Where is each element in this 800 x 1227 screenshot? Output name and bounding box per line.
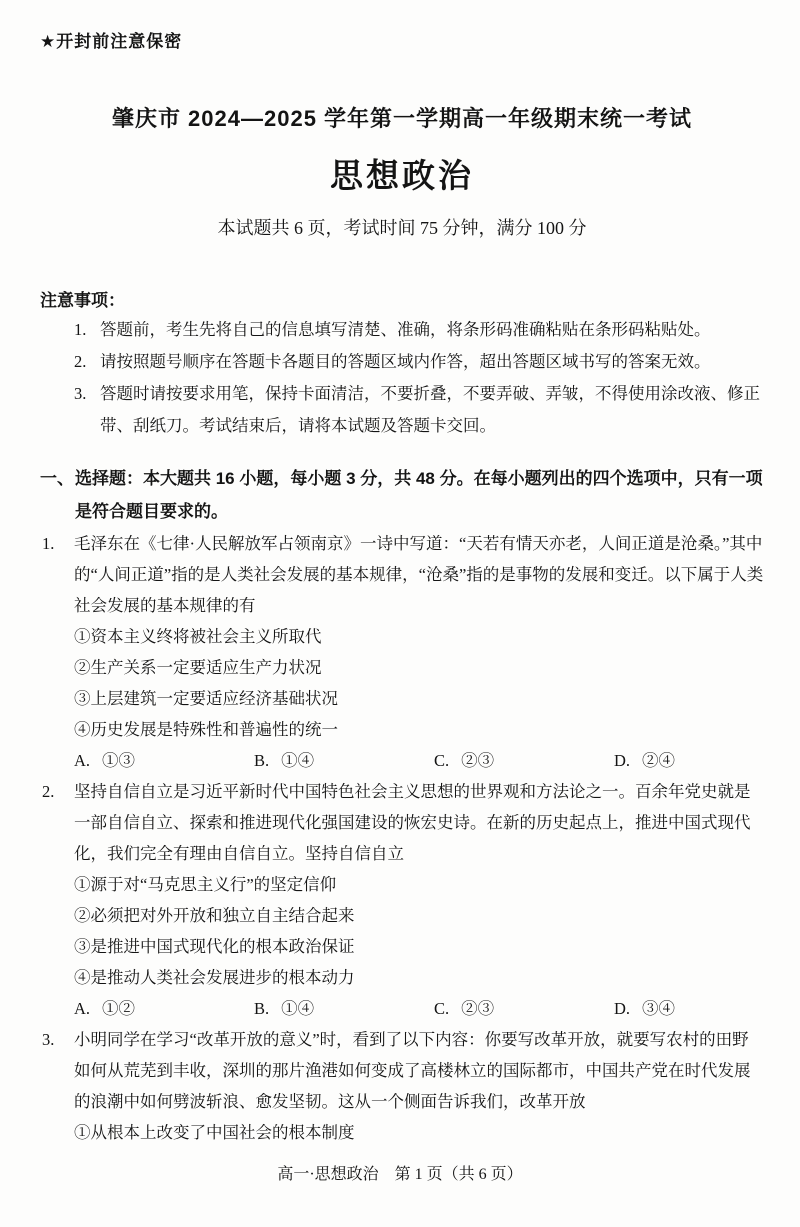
- question-number: 1.: [40, 528, 74, 559]
- option-a: A.①②: [74, 993, 254, 1024]
- option-text: ①④: [281, 993, 314, 1024]
- notice-heading: 注意事项：: [40, 288, 764, 314]
- option-label: A.: [74, 993, 90, 1024]
- exam-paper-page: ★开封前注意保密 肇庆市 2024—2025 学年第一学期高一年级期末统一考试 …: [0, 0, 800, 1227]
- paper-header: 肇庆市 2024—2025 学年第一学期高一年级期末统一考试 思想政治 本试题共…: [40, 104, 764, 242]
- option-c: C.②③: [434, 745, 614, 776]
- option-label: D.: [614, 745, 630, 776]
- option-label: D.: [614, 993, 630, 1024]
- option-d: D.③④: [614, 993, 764, 1024]
- option-text: ②③: [461, 993, 494, 1024]
- option-label: C.: [434, 993, 449, 1024]
- question-item: ②必须把对外开放和独立自主结合起来: [74, 900, 764, 931]
- option-b: B.①④: [254, 993, 434, 1024]
- section-instructions: 选择题：本大题共 16 小题，每小题 3 分，共 48 分。在每小题列出的四个选…: [75, 462, 764, 528]
- exam-title: 肇庆市 2024—2025 学年第一学期高一年级期末统一考试: [40, 104, 764, 134]
- question-2: 2. 坚持自信自立是习近平新时代中国特色社会主义思想的世界观和方法论之一。百余年…: [40, 776, 764, 1024]
- section-number: 一、: [40, 462, 75, 495]
- question-item: ①源于对“马克思主义行”的坚定信仰: [74, 869, 764, 900]
- question-item: ③是推进中国式现代化的根本政治保证: [74, 931, 764, 962]
- security-notice: ★开封前注意保密: [40, 30, 764, 54]
- question-1: 1. 毛泽东在《七律·人民解放军占领南京》一诗中写道：“天若有情天亦老，人间正道…: [40, 528, 764, 776]
- notice-item-text: 答题时请按要求用笔，保持卡面清洁，不要折叠，不要弄破、弄皱，不得使用涂改液、修正…: [100, 378, 764, 442]
- option-text: ③④: [642, 993, 675, 1024]
- question-item: ①资本主义终将被社会主义所取代: [74, 621, 764, 652]
- option-label: C.: [434, 745, 449, 776]
- notice-item-number: 1.: [74, 314, 100, 346]
- exam-info: 本试题共 6 页，考试时间 75 分钟，满分 100 分: [40, 214, 764, 242]
- subject-title: 思想政治: [40, 154, 764, 198]
- question-body: 坚持自信自立是习近平新时代中国特色社会主义思想的世界观和方法论之一。百余年党史就…: [74, 776, 764, 1024]
- question-options: A.①③ B.①④ C.②③ D.②④: [74, 745, 764, 776]
- option-label: B.: [254, 745, 269, 776]
- page-footer: 高一·思想政治 第 1 页（共 6 页）: [0, 1163, 800, 1187]
- section-one-heading: 一、 选择题：本大题共 16 小题，每小题 3 分，共 48 分。在每小题列出的…: [40, 462, 764, 528]
- option-a: A.①③: [74, 745, 254, 776]
- question-item: ①从根本上改变了中国社会的根本制度: [74, 1117, 764, 1148]
- option-text: ①②: [102, 993, 135, 1024]
- notice-item-number: 3.: [74, 378, 100, 410]
- question-body: 毛泽东在《七律·人民解放军占领南京》一诗中写道：“天若有情天亦老，人间正道是沧桑…: [74, 528, 764, 776]
- question-number: 2.: [40, 776, 74, 807]
- option-b: B.①④: [254, 745, 434, 776]
- option-text: ②③: [461, 745, 494, 776]
- option-text: ②④: [642, 745, 675, 776]
- notice-item-number: 2.: [74, 346, 100, 378]
- question-number: 3.: [40, 1024, 74, 1055]
- notice-item: 2. 请按照题号顺序在答题卡各题目的答题区域内作答，超出答题区域书写的答案无效。: [74, 346, 764, 378]
- notice-item-text: 答题前，考生先将自己的信息填写清楚、准确，将条形码准确粘贴在条形码粘贴处。: [100, 314, 764, 346]
- question-item: ④历史发展是特殊性和普遍性的统一: [74, 714, 764, 745]
- question-item: ④是推动人类社会发展进步的根本动力: [74, 962, 764, 993]
- question-stem: 坚持自信自立是习近平新时代中国特色社会主义思想的世界观和方法论之一。百余年党史就…: [74, 776, 764, 869]
- question-options: A.①② B.①④ C.②③ D.③④: [74, 993, 764, 1024]
- question-stem: 毛泽东在《七律·人民解放军占领南京》一诗中写道：“天若有情天亦老，人间正道是沧桑…: [74, 528, 764, 621]
- notice-item: 3. 答题时请按要求用笔，保持卡面清洁，不要折叠，不要弄破、弄皱，不得使用涂改液…: [74, 378, 764, 442]
- notice-item-text: 请按照题号顺序在答题卡各题目的答题区域内作答，超出答题区域书写的答案无效。: [100, 346, 764, 378]
- question-3: 3. 小明同学在学习“改革开放的意义”时，看到了以下内容：你要写改革开放，就要写…: [40, 1024, 764, 1148]
- notice-section: 注意事项： 1. 答题前，考生先将自己的信息填写清楚、准确，将条形码准确粘贴在条…: [40, 288, 764, 442]
- option-text: ①④: [281, 745, 314, 776]
- notice-item: 1. 答题前，考生先将自己的信息填写清楚、准确，将条形码准确粘贴在条形码粘贴处。: [74, 314, 764, 346]
- option-label: B.: [254, 993, 269, 1024]
- option-d: D.②④: [614, 745, 764, 776]
- question-stem: 小明同学在学习“改革开放的意义”时，看到了以下内容：你要写改革开放，就要写农村的…: [74, 1024, 764, 1117]
- question-item: ③上层建筑一定要适应经济基础状况: [74, 683, 764, 714]
- option-text: ①③: [102, 745, 135, 776]
- question-item: ②生产关系一定要适应生产力状况: [74, 652, 764, 683]
- question-body: 小明同学在学习“改革开放的意义”时，看到了以下内容：你要写改革开放，就要写农村的…: [74, 1024, 764, 1148]
- option-label: A.: [74, 745, 90, 776]
- option-c: C.②③: [434, 993, 614, 1024]
